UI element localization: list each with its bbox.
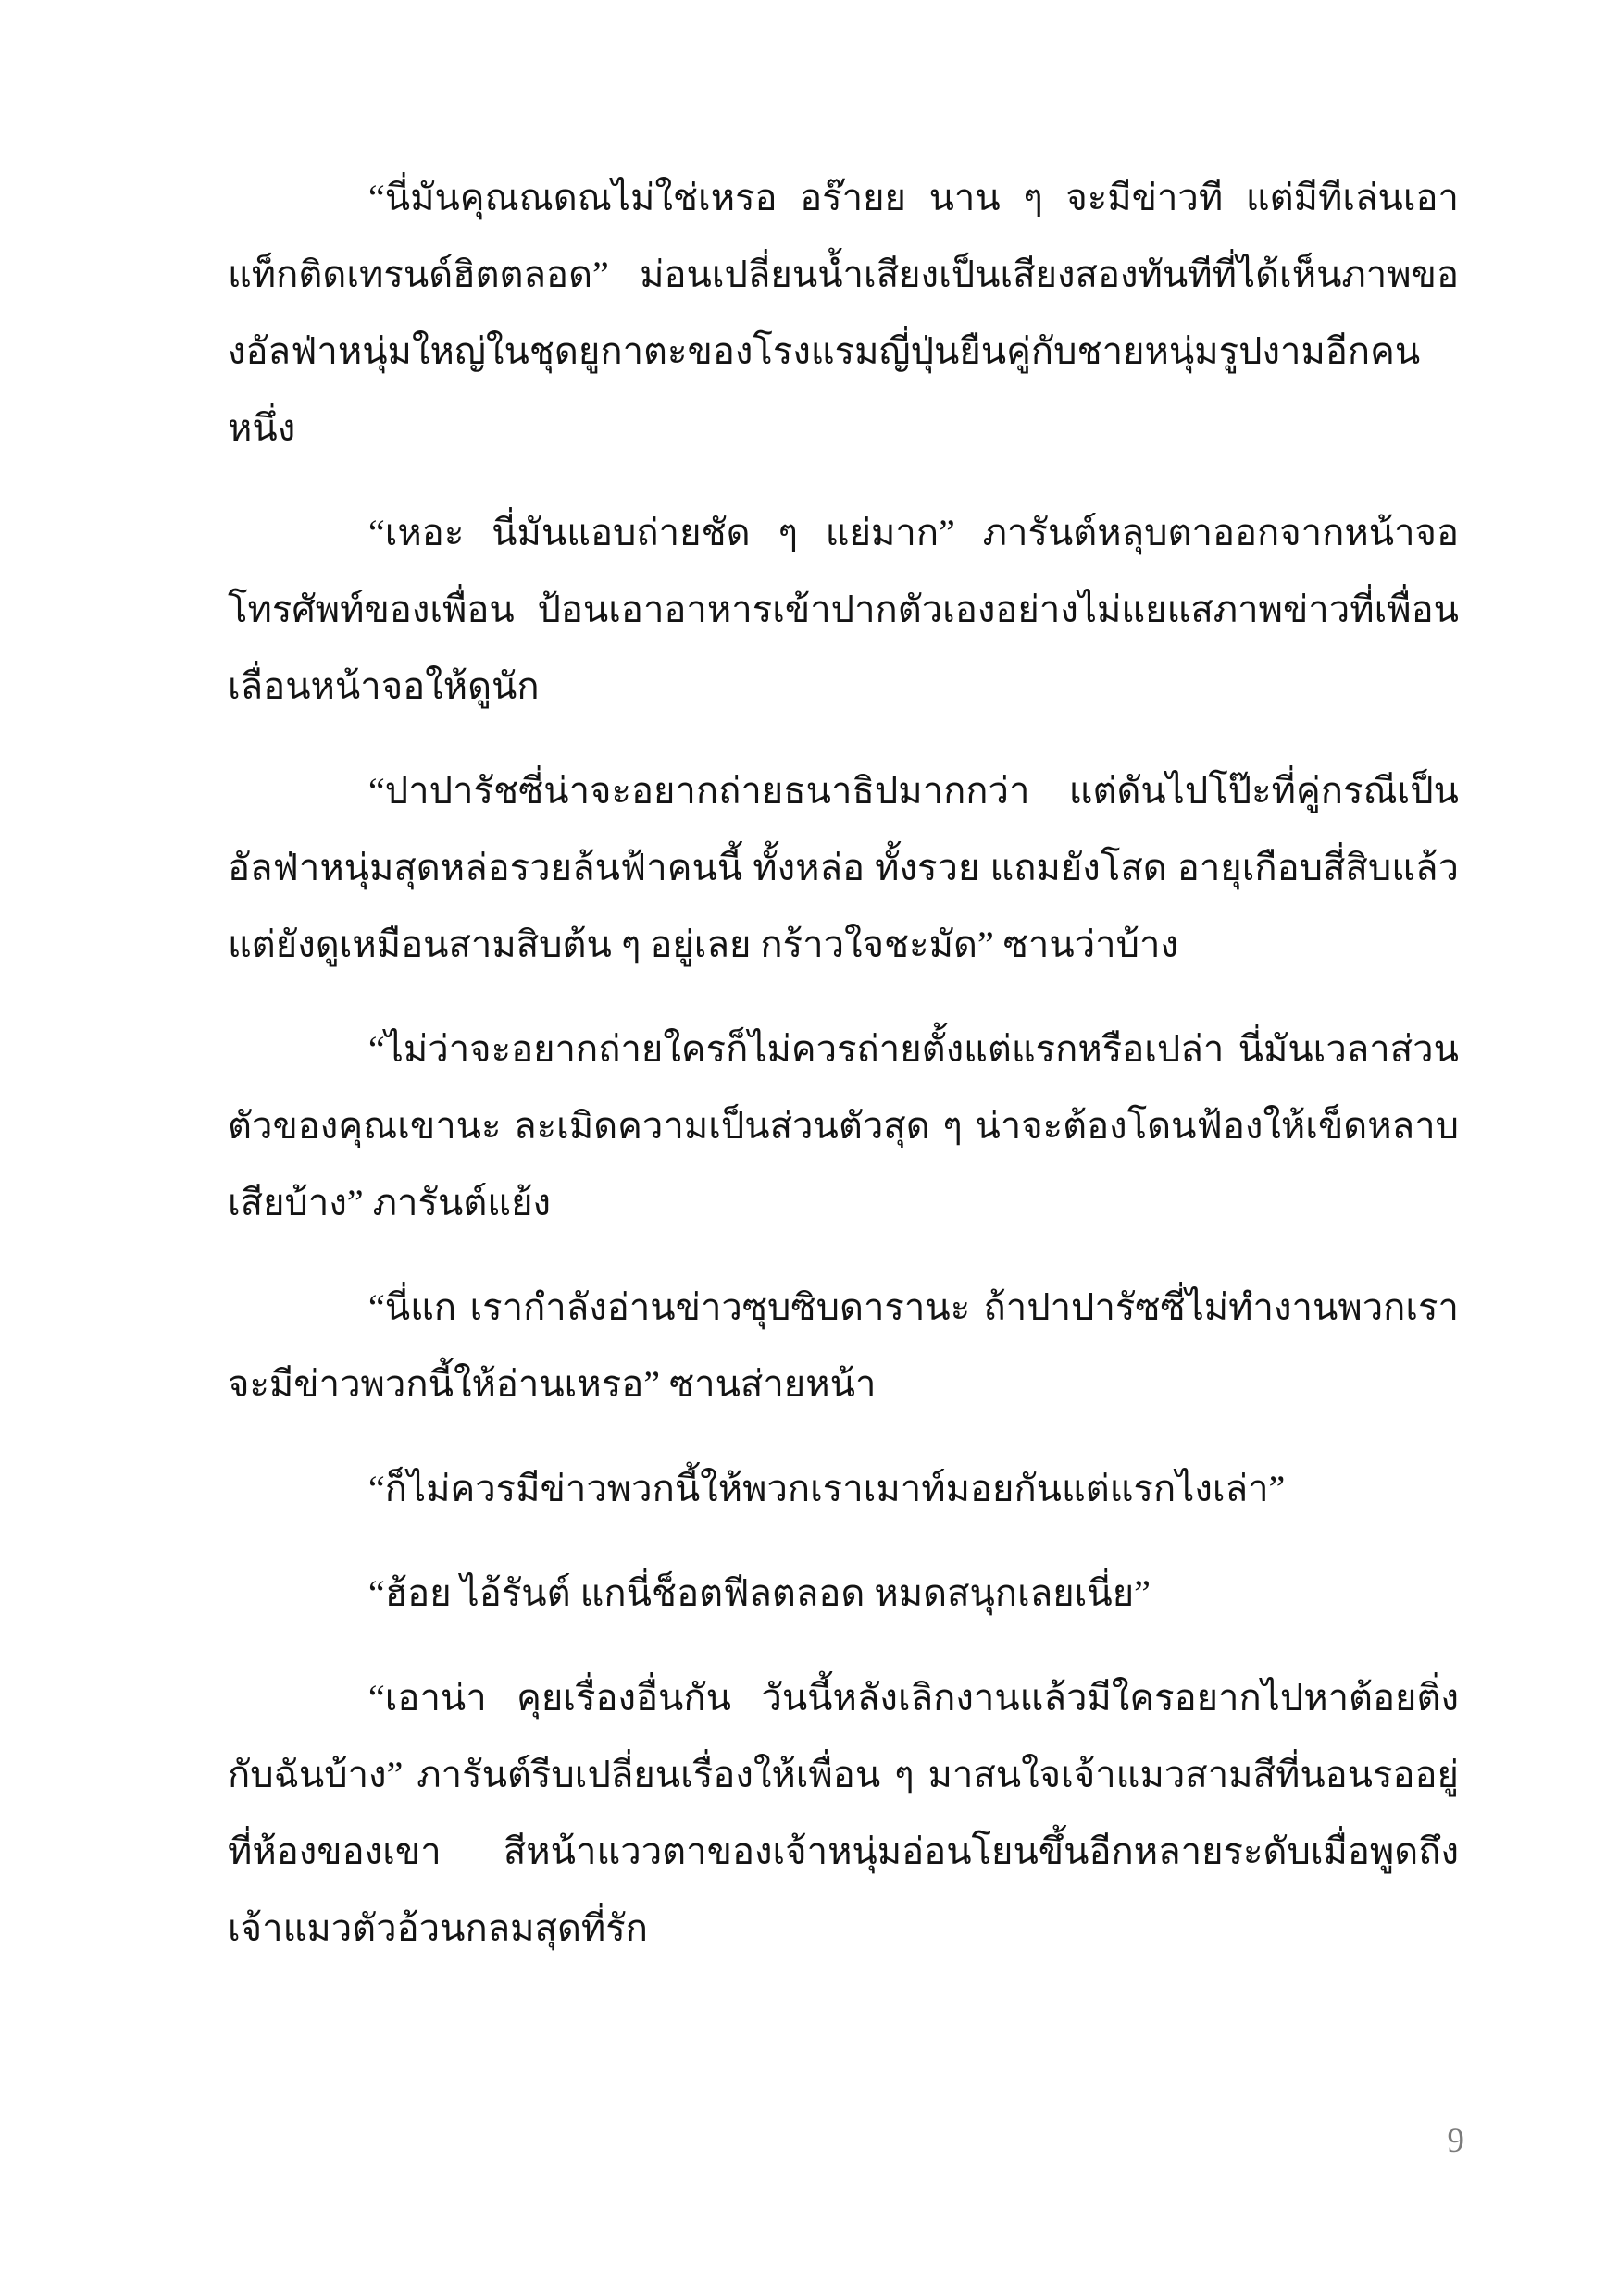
paragraph: “นี่มันคุณณดณไม่ใช่เหรอ อร๊ายย นาน ๆ จะม… [228, 159, 1459, 466]
page-number: 9 [1448, 2121, 1465, 2162]
paragraph: “ไม่ว่าจะอยากถ่ายใครก็ไม่ควรถ่ายตั้งแต่แ… [228, 1011, 1459, 1241]
paragraph: “เหอะ นี่มันแอบถ่ายชัด ๆ แย่มาก” ภารันต์… [228, 494, 1459, 725]
paragraph: “ปาปารัชซี่น่าจะอยากถ่ายธนาธิปมากกว่า แต… [228, 752, 1459, 983]
paragraph: “ฮ้อย ไอ้รันต์ แกนี่ช็อตฟีลตลอด หมดสนุกเ… [228, 1555, 1459, 1632]
paragraph: “เอาน่า คุยเรื่องอื่นกัน วันนี้หลังเลิกง… [228, 1659, 1459, 1967]
paragraph: “นี่แก เรากำลังอ่านข่าวซุบซิบดารานะ ถ้าป… [228, 1269, 1459, 1422]
text-block: “นี่มันคุณณดณไม่ใช่เหรอ อร๊ายย นาน ๆ จะม… [228, 159, 1459, 1994]
paragraph: “ก็ไม่ควรมีข่าวพวกนี้ให้พวกเราเมาท์มอยกั… [228, 1450, 1459, 1527]
book-page: “นี่มันคุณณดณไม่ใช่เหรอ อร๊ายย นาน ๆ จะม… [0, 0, 1618, 2296]
